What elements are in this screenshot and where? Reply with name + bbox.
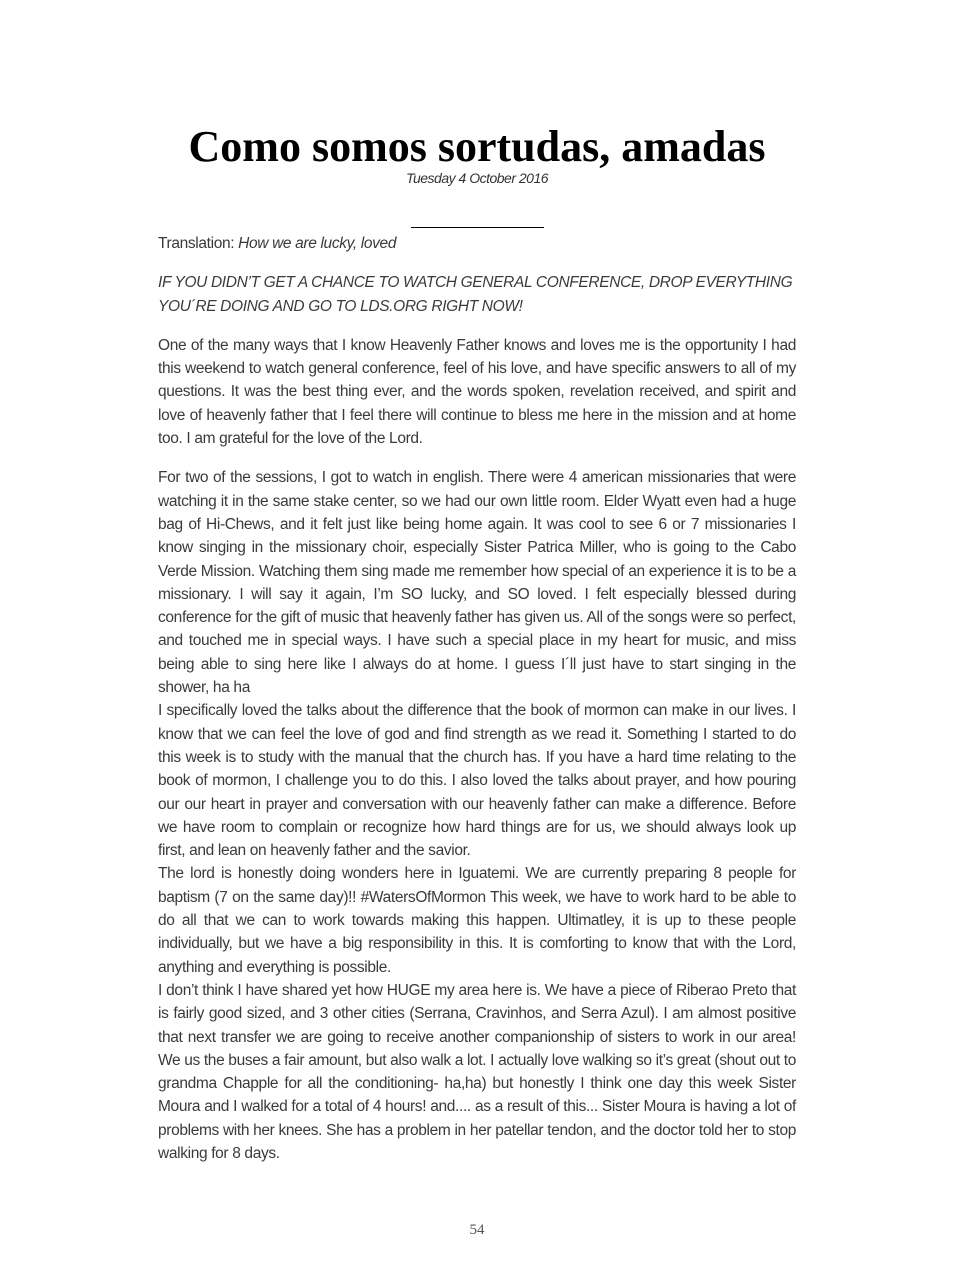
paragraph: For two of the sessions, I got to watch … (158, 466, 796, 699)
title-divider (411, 227, 544, 228)
translation-line: Translation: How we are lucky, loved (158, 232, 796, 255)
paragraph: I don’t think I have shared yet how HUGE… (158, 979, 796, 1165)
post-date: Tuesday 4 October 2016 (0, 170, 954, 186)
document-page: Como somos sortudas, amadas Tuesday 4 Oc… (0, 0, 954, 1276)
translation-text: How we are lucky, loved (238, 235, 396, 252)
conference-callout: IF YOU DIDN’T GET A CHANCE TO WATCH GENE… (158, 271, 796, 318)
paragraph: One of the many ways that I know Heavenl… (158, 334, 796, 450)
paragraph: The lord is honestly doing wonders here … (158, 862, 796, 978)
translation-label: Translation: (158, 235, 238, 252)
page-number: 54 (0, 1222, 954, 1239)
paragraph: I specifically loved the talks about the… (158, 699, 796, 862)
article-body: Translation: How we are lucky, loved IF … (158, 232, 796, 1165)
page-title: Como somos sortudas, amadas (0, 120, 954, 174)
